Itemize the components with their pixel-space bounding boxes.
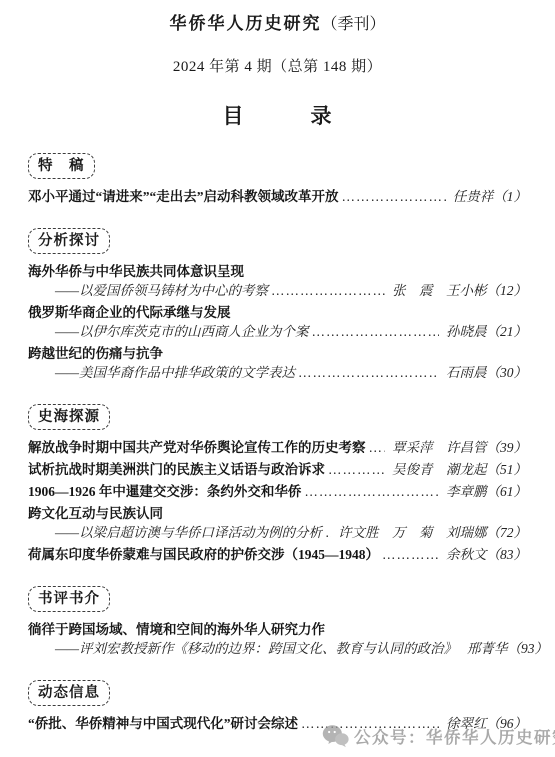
entry-subtitle: ——以梁启超访澳与华侨口译活动为例的分析 bbox=[28, 523, 322, 542]
entry-authors: 吴俊青 潮龙起（51） bbox=[392, 460, 527, 479]
dot-leader: …………………………………………………………………………………………………………… bbox=[312, 322, 439, 341]
toc-entry: 1906—1926 年中暹建交交涉：条约外交和华侨………………………………………… bbox=[28, 482, 527, 501]
section-label-dongtaixinxi: 动态信息 bbox=[28, 680, 110, 706]
entry-title-line: 荷属东印度华侨蒙难与国民政府的护侨交涉（1945—1948）…………………………… bbox=[28, 545, 527, 564]
entry-title: 海外华侨与中华民族共同体意识呈现 bbox=[28, 262, 244, 281]
journal-title: 华侨华人历史研究（季刊） bbox=[28, 12, 527, 37]
toc-entry: 海外华侨与中华民族共同体意识呈现——以爱国侨领马铸材为中心的考察……………………… bbox=[28, 262, 527, 300]
toc-entry: 试析抗战时期美洲洪门的民族主义话语与政治诉求………………………………………………… bbox=[28, 460, 527, 479]
issue-line: 2024 年第 4 期（总第 148 期） bbox=[28, 57, 527, 78]
entry-title-line: 邓小平通过“请进来”“走出去”启动科教领域改革开放………………………………………… bbox=[28, 187, 527, 206]
entry-authors: 覃采萍 许昌管（39） bbox=[392, 438, 527, 457]
dot-leader: …………………………………………………………………………………………………………… bbox=[298, 363, 439, 382]
dot-leader: …………………………………………………………………………………………………………… bbox=[325, 523, 331, 542]
entry-title: 跨越世纪的伤痛与抗争 bbox=[28, 344, 163, 363]
entry-title: 试析抗战时期美洲洪门的民族主义话语与政治诉求 bbox=[28, 460, 325, 479]
entry-subtitle: ——以伊尔库茨克市的山西商人企业为个案 bbox=[28, 322, 309, 341]
journal-title-suffix: （季刊） bbox=[321, 16, 385, 33]
entry-title-line: 海外华侨与中华民族共同体意识呈现 bbox=[28, 262, 527, 281]
entry-subtitle-line: ——评刘宏教授新作《移动的边界：跨国文化、教育与认同的政治》…………………………… bbox=[28, 639, 527, 658]
entry-authors: 张 震 王小彬（12） bbox=[392, 281, 527, 300]
section-label-fenxitantao: 分析探讨 bbox=[28, 228, 110, 254]
entry-authors: 邢菁华（93） bbox=[467, 639, 548, 658]
entry-title-line: 俄罗斯华商企业的代际承继与发展 bbox=[28, 303, 527, 322]
section-entries: 邓小平通过“请进来”“走出去”启动科教领域改革开放………………………………………… bbox=[28, 187, 527, 206]
entry-subtitle: ——以爱国侨领马铸材为中心的考察 bbox=[28, 281, 268, 300]
toc-entry: “侨批、华侨精神与中国式现代化”研讨会综述…………………………………………………… bbox=[28, 714, 527, 733]
toc-entry: 跨文化互动与民族认同——以梁启超访澳与华侨口译活动为例的分析…………………………… bbox=[28, 504, 527, 542]
entry-authors: 余秋文（83） bbox=[446, 545, 527, 564]
entry-title: 俄罗斯华商企业的代际承继与发展 bbox=[28, 303, 231, 322]
dot-leader: …………………………………………………………………………………………………………… bbox=[271, 281, 385, 300]
toc-entry: 解放战争时期中国共产党对华侨舆论宣传工作的历史考察………………………………………… bbox=[28, 438, 527, 457]
entry-authors: 李章鹏（61） bbox=[446, 482, 527, 501]
entry-authors: 任贵祥（1） bbox=[453, 187, 527, 206]
journal-title-main: 华侨华人历史研究 bbox=[169, 14, 321, 33]
dot-leader: …………………………………………………………………………………………………………… bbox=[369, 438, 386, 457]
entry-title: “侨批、华侨精神与中国式现代化”研讨会综述 bbox=[28, 714, 298, 733]
entry-title-line: 跨文化互动与民族认同 bbox=[28, 504, 527, 523]
section-label-shupingshujie: 书评书介 bbox=[28, 586, 110, 612]
dot-leader: …………………………………………………………………………………………………………… bbox=[328, 460, 385, 479]
entry-title-line: 1906—1926 年中暹建交交涉：条约外交和华侨………………………………………… bbox=[28, 482, 527, 501]
entry-subtitle: ——评刘宏教授新作《移动的边界：跨国文化、教育与认同的政治》 bbox=[28, 639, 457, 658]
entry-authors: 许文胜 万 菊 刘瑞娜（72） bbox=[338, 523, 527, 542]
entry-title-line: “侨批、华侨精神与中国式现代化”研讨会综述…………………………………………………… bbox=[28, 714, 527, 733]
section-entries: “侨批、华侨精神与中国式现代化”研讨会综述…………………………………………………… bbox=[28, 714, 527, 733]
entry-title-line: 试析抗战时期美洲洪门的民族主义话语与政治诉求………………………………………………… bbox=[28, 460, 527, 479]
entry-subtitle-line: ——美国华裔作品中排华政策的文学表达…………………………………………………………… bbox=[28, 363, 527, 382]
toc-entry: 徜徉于跨国场域、情境和空间的海外华人研究力作——评刘宏教授新作《移动的边界：跨国… bbox=[28, 620, 527, 658]
toc-entry: 俄罗斯华商企业的代际承继与发展——以伊尔库茨克市的山西商人企业为个案………………… bbox=[28, 303, 527, 341]
section-shihaitanyuan: 史海探源解放战争时期中国共产党对华侨舆论宣传工作的历史考察……………………………… bbox=[28, 404, 527, 564]
entry-title-line: 解放战争时期中国共产党对华侨舆论宣传工作的历史考察………………………………………… bbox=[28, 438, 527, 457]
toc-sections: 特 稿邓小平通过“请进来”“走出去”启动科教领域改革开放………………………………… bbox=[28, 153, 527, 733]
entry-title: 1906—1926 年中暹建交交涉：条约外交和华侨 bbox=[28, 482, 301, 501]
entry-subtitle-line: ——以梁启超访澳与华侨口译活动为例的分析……………………………………………………… bbox=[28, 523, 527, 542]
entry-subtitle-line: ——以爱国侨领马铸材为中心的考察………………………………………………………………… bbox=[28, 281, 527, 300]
section-entries: 徜徉于跨国场域、情境和空间的海外华人研究力作——评刘宏教授新作《移动的边界：跨国… bbox=[28, 620, 527, 658]
toc-page: 华侨华人历史研究（季刊） 2024 年第 4 期（总第 148 期） 目 录 特… bbox=[0, 0, 555, 733]
section-label-shihaitanyuan: 史海探源 bbox=[28, 404, 110, 430]
entry-title: 解放战争时期中国共产党对华侨舆论宣传工作的历史考察 bbox=[28, 438, 366, 457]
section-tegao: 特 稿邓小平通过“请进来”“走出去”启动科教领域改革开放………………………………… bbox=[28, 153, 527, 206]
toc-entry: 荷属东印度华侨蒙难与国民政府的护侨交涉（1945—1948）…………………………… bbox=[28, 545, 527, 564]
section-entries: 海外华侨与中华民族共同体意识呈现——以爱国侨领马铸材为中心的考察……………………… bbox=[28, 262, 527, 382]
dot-leader: …………………………………………………………………………………………………………… bbox=[304, 482, 439, 501]
section-label-tegao: 特 稿 bbox=[28, 153, 95, 179]
entry-subtitle: ——美国华裔作品中排华政策的文学表达 bbox=[28, 363, 295, 382]
entry-title: 徜徉于跨国场域、情境和空间的海外华人研究力作 bbox=[28, 620, 325, 639]
entry-title-line: 跨越世纪的伤痛与抗争 bbox=[28, 344, 527, 363]
section-entries: 解放战争时期中国共产党对华侨舆论宣传工作的历史考察………………………………………… bbox=[28, 438, 527, 564]
entry-authors: 徐翠红（96） bbox=[446, 714, 527, 733]
entry-title-line: 徜徉于跨国场域、情境和空间的海外华人研究力作 bbox=[28, 620, 527, 639]
section-shupingshujie: 书评书介徜徉于跨国场域、情境和空间的海外华人研究力作——评刘宏教授新作《移动的边… bbox=[28, 586, 527, 658]
toc-heading: 目 录 bbox=[28, 102, 527, 131]
dot-leader: …………………………………………………………………………………………………………… bbox=[382, 545, 439, 564]
entry-title: 邓小平通过“请进来”“走出去”启动科教领域改革开放 bbox=[28, 187, 339, 206]
entry-subtitle-line: ——以伊尔库茨克市的山西商人企业为个案………………………………………………………… bbox=[28, 322, 527, 341]
section-dongtaixinxi: 动态信息“侨批、华侨精神与中国式现代化”研讨会综述………………………………………… bbox=[28, 680, 527, 733]
entry-title: 荷属东印度华侨蒙难与国民政府的护侨交涉（1945—1948） bbox=[28, 545, 379, 564]
dot-leader: …………………………………………………………………………………………………………… bbox=[301, 714, 439, 733]
section-fenxitantao: 分析探讨海外华侨与中华民族共同体意识呈现——以爱国侨领马铸材为中心的考察…………… bbox=[28, 228, 527, 382]
toc-entry: 跨越世纪的伤痛与抗争——美国华裔作品中排华政策的文学表达………………………………… bbox=[28, 344, 527, 382]
toc-entry: 邓小平通过“请进来”“走出去”启动科教领域改革开放………………………………………… bbox=[28, 187, 527, 206]
entry-authors: 孙晓晨（21） bbox=[446, 322, 527, 341]
dot-leader: …………………………………………………………………………………………………………… bbox=[342, 187, 446, 206]
entry-authors: 石雨晨（30） bbox=[446, 363, 527, 382]
entry-title: 跨文化互动与民族认同 bbox=[28, 504, 163, 523]
